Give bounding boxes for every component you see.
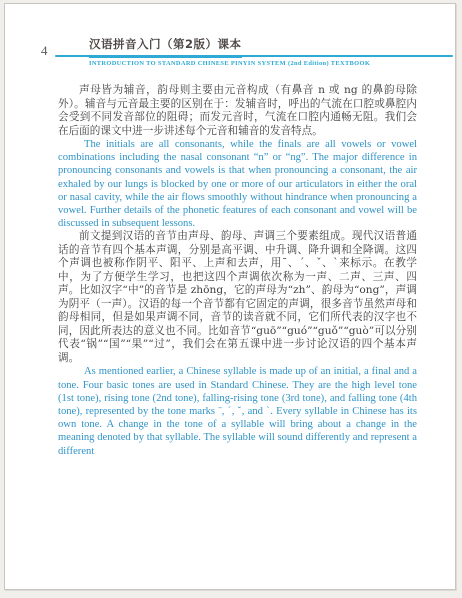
book-page-scan: 4 汉语拼音入门（第2版）课本 INTRODUCTION TO STANDARD… bbox=[4, 3, 456, 590]
page-content: 声母皆为辅音，韵母则主要由元音构成（有鼻音 n 或 ng 的鼻韵母除外）。辅音与… bbox=[58, 84, 417, 458]
paragraph-4-english: As mentioned earlier, a Chinese syllable… bbox=[58, 365, 417, 457]
paragraph-2-english: The initials are all consonants, while t… bbox=[58, 138, 417, 230]
paragraph-3-chinese: 前文提到汉语的音节由声母、韵母、声调三个要素组成。现代汉语普通话的音节有四个基本… bbox=[58, 230, 417, 365]
book-title-english: INTRODUCTION TO STANDARD CHINESE PINYIN … bbox=[89, 60, 370, 67]
screenshot-canvas: { "page": { "number": "4", "header": { "… bbox=[0, 0, 462, 598]
page-number: 4 bbox=[41, 43, 48, 59]
paragraph-1-chinese: 声母皆为辅音，韵母则主要由元音构成（有鼻音 n 或 ng 的鼻韵母除外）。辅音与… bbox=[58, 84, 417, 138]
book-title-chinese: 汉语拼音入门（第2版）课本 bbox=[89, 36, 242, 58]
